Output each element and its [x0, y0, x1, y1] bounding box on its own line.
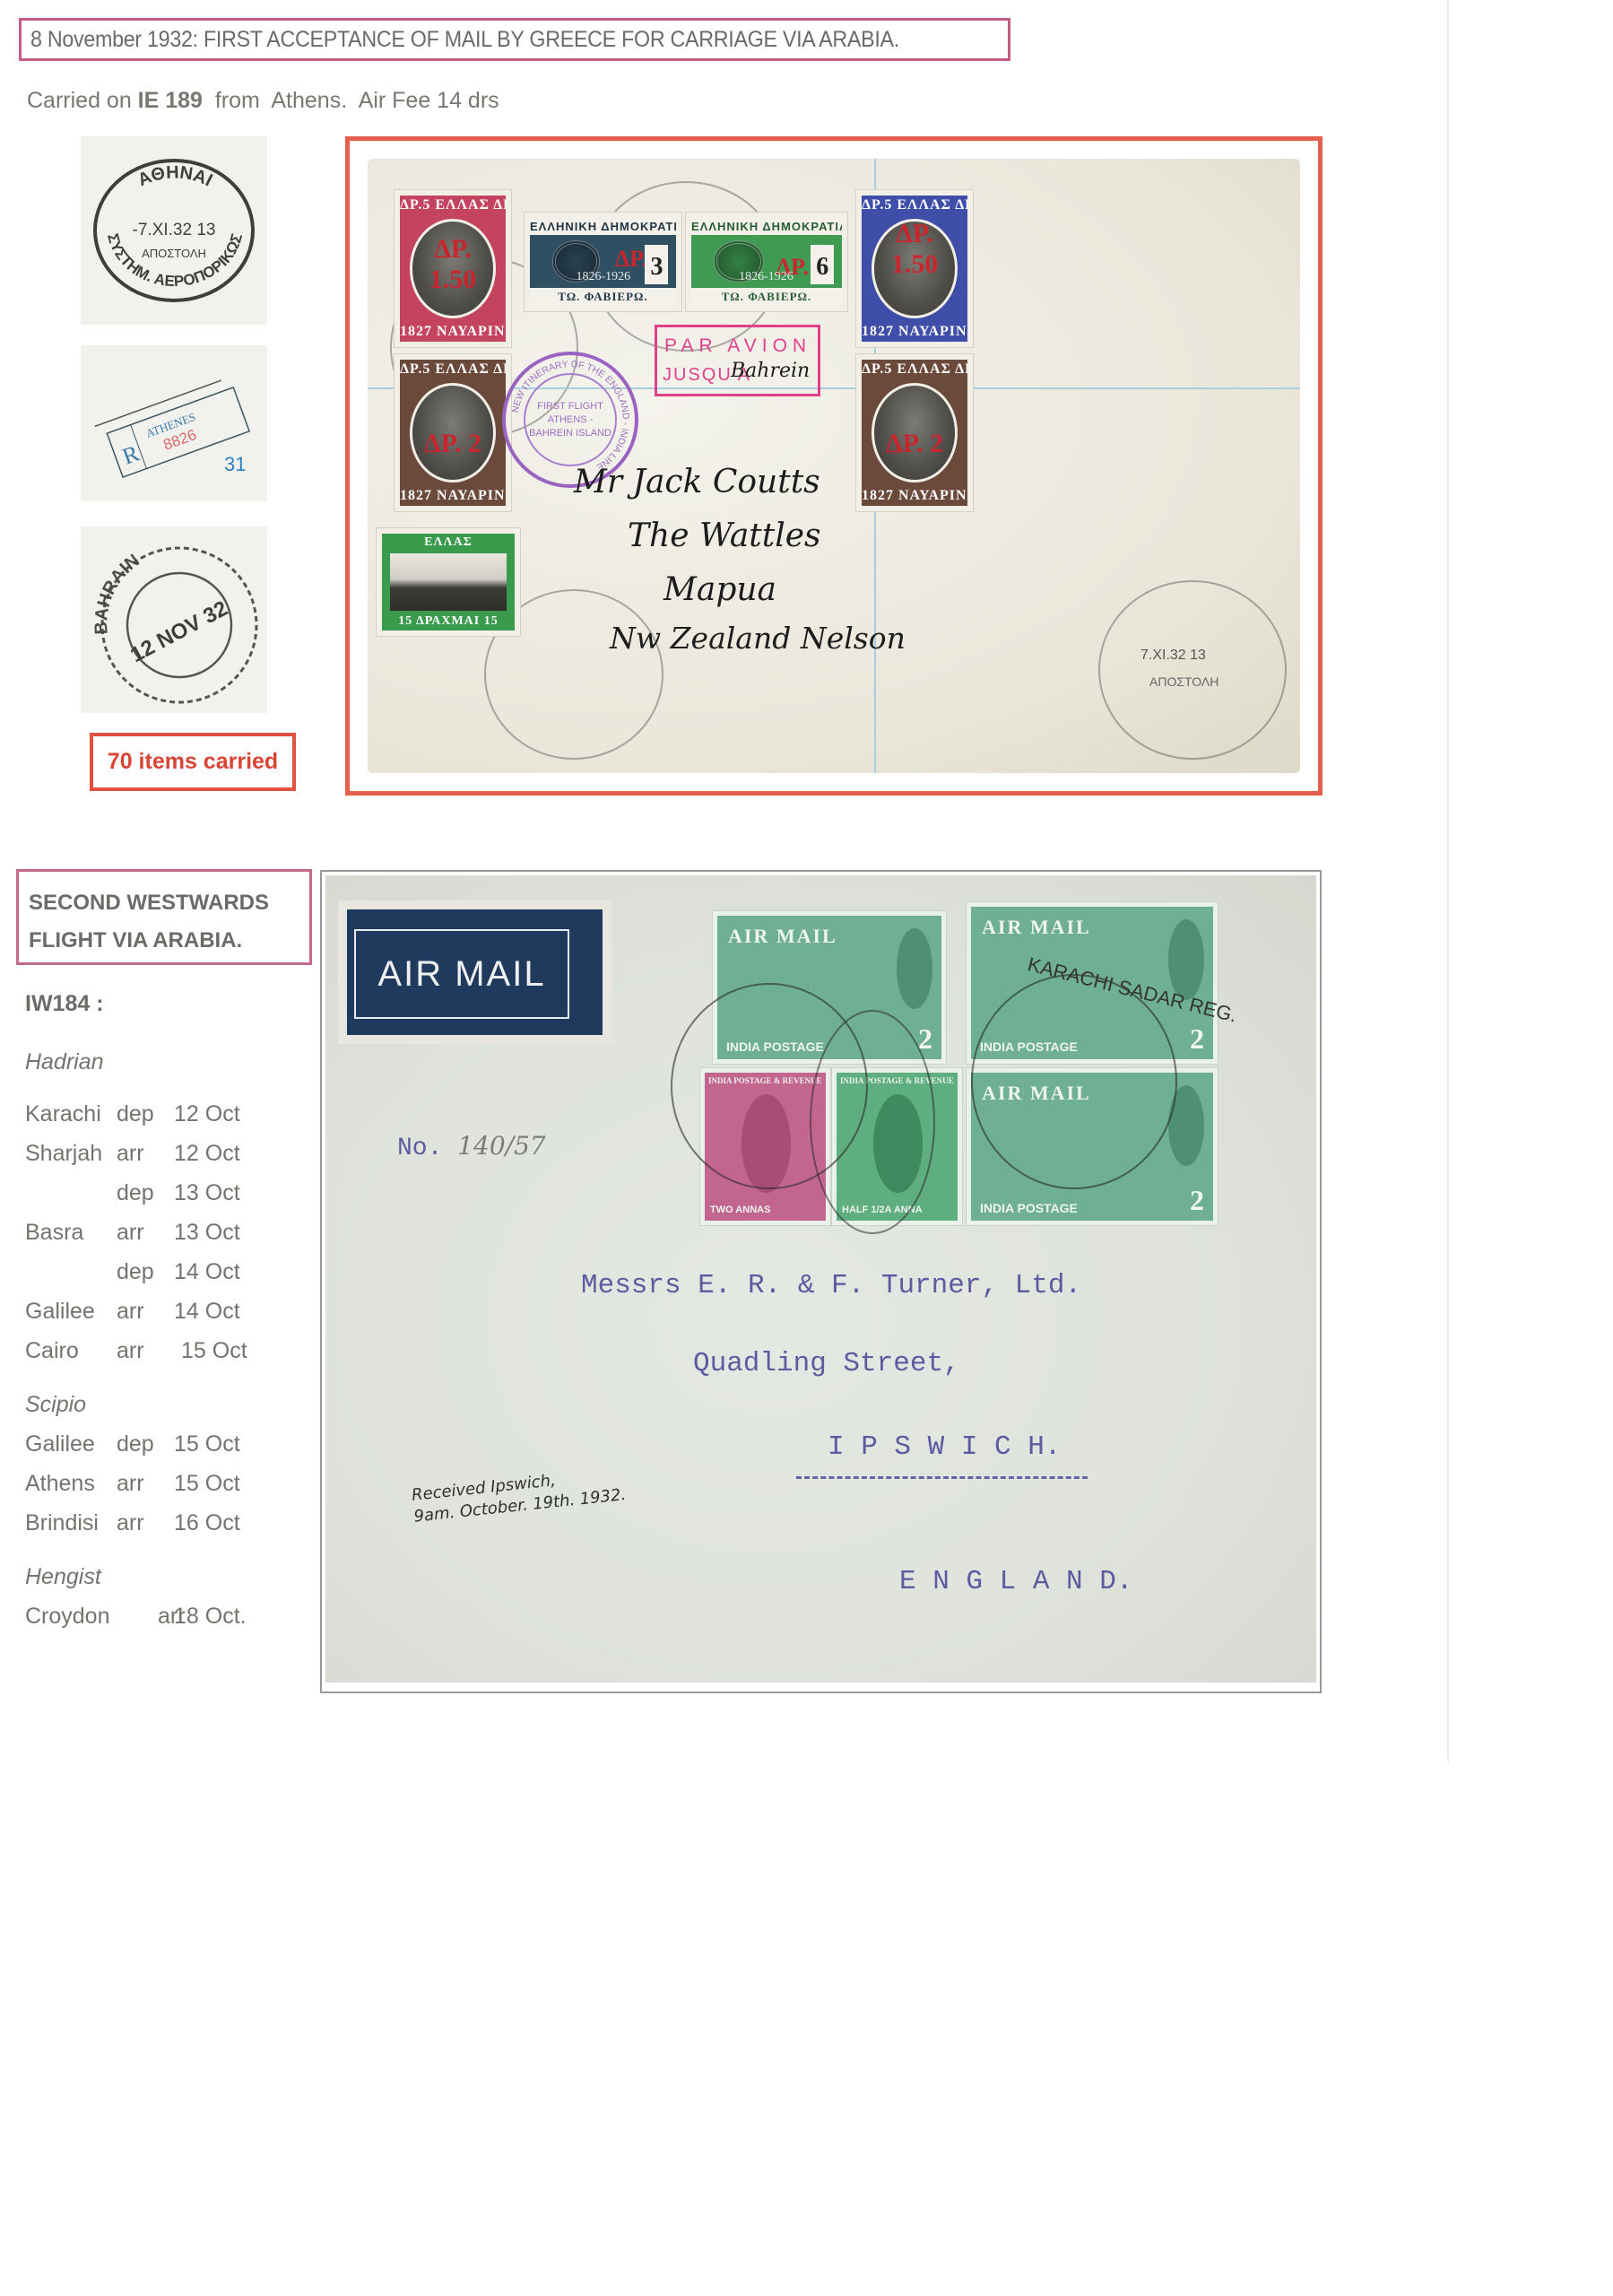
svg-text:31: 31	[224, 453, 246, 475]
section2-title-line: FLIGHT VIA ARABIA.	[29, 922, 309, 960]
section2-title-line: SECOND WESTWARDS	[29, 884, 309, 922]
schedule-row: Galileedep15 Oct	[25, 1424, 303, 1464]
india-cover: AIR MAIL AIR MAIL INDIA POSTAGE2 AIR MAI…	[325, 875, 1316, 1683]
address-line: E N G L A N D.	[899, 1566, 1132, 1597]
ship-name: Hadrian	[25, 1042, 303, 1082]
svg-text:R: R	[119, 439, 143, 469]
par-avion-cachet: PAR AVION JUSQU'A Bahrein	[655, 325, 820, 396]
address-line: Mr Jack Coutts	[574, 464, 820, 500]
section1-title: 8 November 1932: FIRST ACCEPTANCE OF MAI…	[30, 27, 899, 53]
cachet-line: BAHREIN ISLAND	[529, 427, 611, 440]
page-edge-line	[1447, 0, 1449, 1762]
flight-schedule: Hadrian Karachidep12 Oct Sharjaharr12 Oc…	[25, 1040, 303, 1636]
cachet-line: FIRST FLIGHT	[537, 400, 603, 413]
address-line: Messrs E. R. & F. Turner, Ltd.	[581, 1270, 1081, 1301]
section2-title-box: SECOND WESTWARDS FLIGHT VIA ARABIA.	[16, 869, 312, 965]
svg-text:-7.XI.32 13: -7.XI.32 13	[133, 221, 216, 239]
registration-number: No. 140/57	[397, 1131, 546, 1162]
registration-label-thumbnail: R ATHENES 8826 31	[81, 345, 267, 501]
schedule-row: Brindisiarr16 Oct	[25, 1503, 303, 1543]
greek-cover: 7.XI.32 13 ΑΠΟΣΤΟΛΗ ΔP.5 ΕΛΛΑΣ ΔP.5 ΔP. …	[368, 159, 1300, 773]
schedule-row: Athensarr15 Oct	[25, 1464, 303, 1503]
svg-text:BAHRAIN: BAHRAIN	[91, 551, 143, 635]
address-line: Mapua	[663, 571, 776, 608]
schedule-row: dep14 Oct	[25, 1252, 303, 1291]
address-line: I P S W I C H.	[828, 1431, 1061, 1463]
schedule-row: Galileearr14 Oct	[25, 1291, 303, 1331]
schedule-row: dep13 Oct	[25, 1173, 303, 1213]
svg-text:12 NOV 32: 12 NOV 32	[126, 596, 232, 668]
svg-text:ΑΠΟΣΤΟΛΗ: ΑΠΟΣΤΟΛΗ	[142, 247, 206, 260]
section1-title-box: 8 November 1932: FIRST ACCEPTANCE OF MAI…	[19, 18, 1010, 61]
stamp-15-drachmai: ΕΛΛΑΣ 15 ΔΡΑΧΜΑΙ 15	[377, 528, 520, 636]
stamp-navarino-2-right: ΔP.5 ΕΛΛΑΣ ΔP.5 ΔP. 2 1827 ΝΑΥΑΡΙΝΟΝ 192…	[856, 354, 973, 511]
schedule-row: Karachidep12 Oct	[25, 1094, 303, 1134]
bahrain-postmark-thumbnail: BAHRAIN 12 NOV 32	[81, 526, 267, 713]
postmark-icon: BAHRAIN 12 NOV 32	[81, 526, 267, 713]
stamp-navarino-1-50-blue: ΔP.5 ΕΛΛΑΣ ΔP.5 ΔP. 1.50 1827 ΝΑΥΑΡΙΝΟΝ …	[856, 190, 973, 347]
postmark-icon: ΑΘΗΝΑΙ -7.XI.32 13 ΑΠΟΣΤΟΛΗ ΣΥΣΤΗΜ. ΑΕΡΟ…	[81, 136, 267, 325]
section1-subtitle: Carried on IE 189 from Athens. Air Fee 1…	[27, 88, 499, 114]
subtitle-prefix: Carried on	[27, 88, 138, 113]
airmail-label-text: AIR MAIL	[354, 929, 569, 1019]
items-carried-text: 70 items carried	[108, 749, 278, 775]
karachi-postmark	[810, 1010, 935, 1234]
schedule-row: Croydonarr18 Oct.	[25, 1596, 303, 1636]
airmail-label: AIR MAIL	[338, 900, 611, 1044]
greek-cover-frame: 7.XI.32 13 ΑΠΟΣΤΟΛΗ ΔP.5 ΕΛΛΑΣ ΔP.5 ΔP. …	[345, 136, 1322, 796]
stamp-navarino-1-50: ΔP.5 ΕΛΛΑΣ ΔP.5 ΔP. 1.50 1827 ΝΑΥΑΡΙΝΟΝ …	[395, 190, 511, 347]
india-cover-frame: AIR MAIL AIR MAIL INDIA POSTAGE2 AIR MAI…	[320, 870, 1322, 1693]
postmark-label: ΑΠΟΣΤΟΛΗ	[1149, 674, 1218, 689]
ship-name: Hengist	[25, 1557, 303, 1596]
registration-label-icon: R ATHENES 8826 31	[81, 345, 267, 501]
schedule-row: Basraarr13 Oct	[25, 1213, 303, 1252]
karachi-postmark	[971, 974, 1177, 1189]
stamp-navarino-2-left: ΔP.5 ΕΛΛΑΣ ΔP.5 ΔP. 2 1827 ΝΑΥΑΡΙΝΟΝ 192…	[395, 354, 511, 511]
postmark-date: 7.XI.32 13	[1140, 648, 1206, 664]
received-note: Received Ipswich, 9am. October. 19th. 19…	[411, 1463, 627, 1528]
address-line: Quadling Street,	[693, 1348, 960, 1379]
cachet-line: ATHENS -	[548, 413, 594, 427]
postmark-cancel	[1098, 580, 1287, 760]
flight-number: IW184 :	[25, 991, 104, 1017]
items-carried-box: 70 items carried	[90, 733, 296, 791]
address-line: The Wattles	[628, 517, 821, 554]
svg-text:ΣΥΣΤΗΜ. ΑΕΡΟΠΟΡΙΚΩΣ: ΣΥΣΤΗΜ. ΑΕΡΟΠΟΡΙΚΩΣ	[104, 231, 246, 290]
schedule-row: Cairoarr15 Oct	[25, 1331, 303, 1370]
stamp-fabvier-6: ΕΛΛΗΝΙΚΗ ΔΗΜΟΚΡΑΤΙΑ ΔP. 41826-19266 ΤΩ. …	[686, 213, 847, 311]
schedule-row: Sharjaharr12 Oct	[25, 1134, 303, 1173]
ship-name: Scipio	[25, 1385, 303, 1424]
flight-number: IE 189	[138, 88, 203, 113]
address-line: Nw Zealand Nelson	[610, 621, 906, 656]
underline-dashes	[796, 1476, 1088, 1479]
stamp-fabvier-3: ΕΛΛΗΝΙΚΗ ΔΗΜΟΚΡΑΤΙΑ ΔP. 21826-19263 ΤΩ. …	[525, 213, 681, 311]
subtitle-suffix: from Athens. Air Fee 14 drs	[203, 88, 499, 113]
athens-postmark-thumbnail: ΑΘΗΝΑΙ -7.XI.32 13 ΑΠΟΣΤΟΛΗ ΣΥΣΤΗΜ. ΑΕΡΟ…	[81, 136, 267, 325]
